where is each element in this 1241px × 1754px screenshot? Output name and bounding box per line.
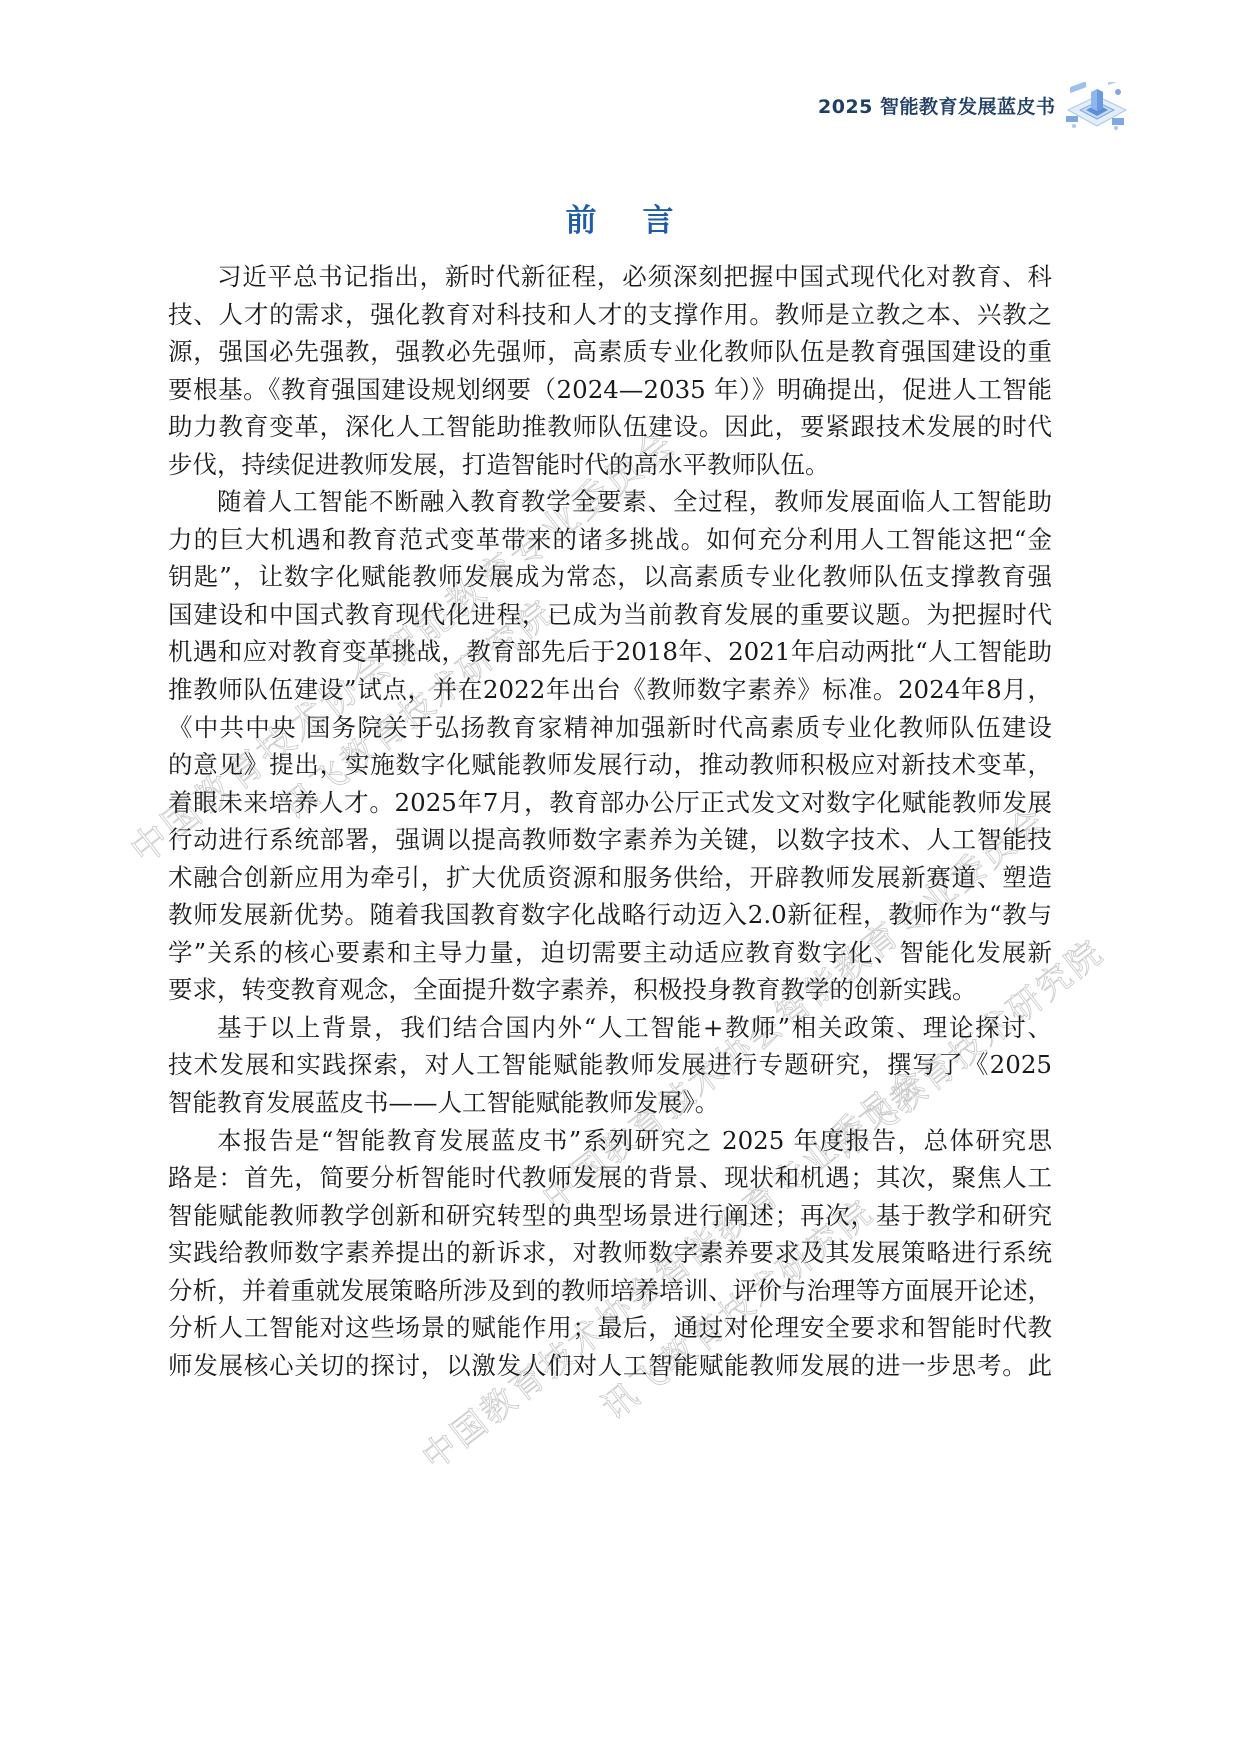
text-line: 路是：首先，简要分析智能时代教师发展的背景、现状和机遇；其次，聚焦人工 bbox=[168, 1159, 1052, 1197]
text-line: 行动进行系统部署，强调以提高教师数字素养为关键，以数字技术、人工智能技 bbox=[168, 821, 1052, 859]
page-title: 前言 bbox=[0, 195, 1241, 240]
text-line: 力的巨大机遇和教育范式变革带来的诸多挑战。如何充分利用人工智能这把“金 bbox=[168, 521, 1052, 559]
text-line: 智能教育发展蓝皮书——人工智能赋能教师发展》。 bbox=[168, 1084, 1052, 1122]
text-line: 实践给教师数字素养提出的新诉求，对教师数字素养要求及其发展策略进行系统 bbox=[168, 1234, 1052, 1272]
paragraph: 本报告是“智能教育发展蓝皮书”系列研究之 2025 年度报告，总体研究思 路是：… bbox=[168, 1122, 1052, 1385]
text-line: 要根基。《教育强国建设规划纲要（2024—2035 年）》明确提出，促进人工智能 bbox=[168, 371, 1052, 409]
document-page: 中国教育技术协会智能教育专业委员会 讯飞教育技术研究院 中国教育技术协会智能教育… bbox=[0, 0, 1241, 1754]
body-text: 习近平总书记指出，新时代新征程，必须深刻把握中国式现代化对教育、科 技、人才的需… bbox=[168, 258, 1052, 1384]
text-line: 习近平总书记指出，新时代新征程，必须深刻把握中国式现代化对教育、科 bbox=[168, 258, 1052, 296]
paragraph: 随着人工智能不断融入教育教学全要素、全过程，教师发展面临人工智能助 力的巨大机遇… bbox=[168, 483, 1052, 1009]
isometric-classroom-icon bbox=[1062, 82, 1132, 134]
title-char: 言 bbox=[643, 195, 676, 240]
text-line: 师发展核心关切的探讨，以激发人们对人工智能赋能教师发展的进一步思考。此 bbox=[168, 1347, 1052, 1385]
running-header-title: 2025 智能教育发展蓝皮书 bbox=[818, 92, 1056, 119]
text-line: 着眼未来培养人才。2025年7月，教育部办公厅正式发文对数字化赋能教师发展 bbox=[168, 784, 1052, 822]
text-line: 机遇和应对教育变革挑战，教育部先后于2018年、2021年启动两批“人工智能助 bbox=[168, 633, 1052, 671]
text-line: 教师发展新优势。随着我国教育数字化战略行动迈入2.0新征程，教师作为“教与 bbox=[168, 896, 1052, 934]
text-line: 要求，转变教育观念，全面提升数字素养，积极投身教育教学的创新实践。 bbox=[168, 971, 1052, 1009]
text-line: 《中共中央 国务院关于弘扬教育家精神加强新时代高素质专业化教师队伍建设 bbox=[168, 709, 1052, 747]
text-line: 分析，并着重就发展策略所涉及到的教师培养培训、评价与治理等方面展开论述， bbox=[168, 1272, 1052, 1310]
text-line: 随着人工智能不断融入教育教学全要素、全过程，教师发展面临人工智能助 bbox=[168, 483, 1052, 521]
text-line: 分析人工智能对这些场景的赋能作用；最后，通过对伦理安全要求和智能时代教 bbox=[168, 1309, 1052, 1347]
text-line: 基于以上背景，我们结合国内外“人工智能+教师”相关政策、理论探讨、 bbox=[168, 1009, 1052, 1047]
title-char: 前 bbox=[566, 195, 599, 240]
text-line: 本报告是“智能教育发展蓝皮书”系列研究之 2025 年度报告，总体研究思 bbox=[168, 1122, 1052, 1160]
text-line: 钥匙”，让数字化赋能教师发展成为常态，以高素质专业化教师队伍支撑教育强 bbox=[168, 558, 1052, 596]
text-line: 推教师队伍建设”试点，并在2022年出台《教师数字素养》标准。2024年8月， bbox=[168, 671, 1052, 709]
paragraph: 基于以上背景，我们结合国内外“人工智能+教师”相关政策、理论探讨、 技术发展和实… bbox=[168, 1009, 1052, 1122]
text-line: 国建设和中国式教育现代化进程，已成为当前教育发展的重要议题。为把握时代 bbox=[168, 596, 1052, 634]
text-line: 技、人才的需求，强化教育对科技和人才的支撑作用。教师是立教之本、兴教之 bbox=[168, 296, 1052, 334]
text-line: 智能赋能教师教学创新和研究转型的典型场景进行阐述；再次，基于教学和研究 bbox=[168, 1197, 1052, 1235]
text-line: 术融合创新应用为牵引，扩大优质资源和服务供给，开辟教师发展新赛道、塑造 bbox=[168, 859, 1052, 897]
running-header: 2025 智能教育发展蓝皮书 bbox=[800, 82, 1200, 132]
text-line: 学”关系的核心要素和主导力量，迫切需要主动适应教育数字化、智能化发展新 bbox=[168, 934, 1052, 972]
text-line: 技术发展和实践探索，对人工智能赋能教师发展进行专题研究，撰写了《2025 bbox=[168, 1046, 1052, 1084]
text-line: 源，强国必先强教，强教必先强师，高素质专业化教师队伍是教育强国建设的重 bbox=[168, 333, 1052, 371]
text-line: 的意见》提出，实施数字化赋能教师发展行动，推动教师积极应对新技术变革， bbox=[168, 746, 1052, 784]
paragraph: 习近平总书记指出，新时代新征程，必须深刻把握中国式现代化对教育、科 技、人才的需… bbox=[168, 258, 1052, 483]
text-line: 助力教育变革，深化人工智能助推教师队伍建设。因此，要紧跟技术发展的时代 bbox=[168, 408, 1052, 446]
text-line: 步伐，持续促进教师发展，打造智能时代的高水平教师队伍。 bbox=[168, 446, 1052, 484]
